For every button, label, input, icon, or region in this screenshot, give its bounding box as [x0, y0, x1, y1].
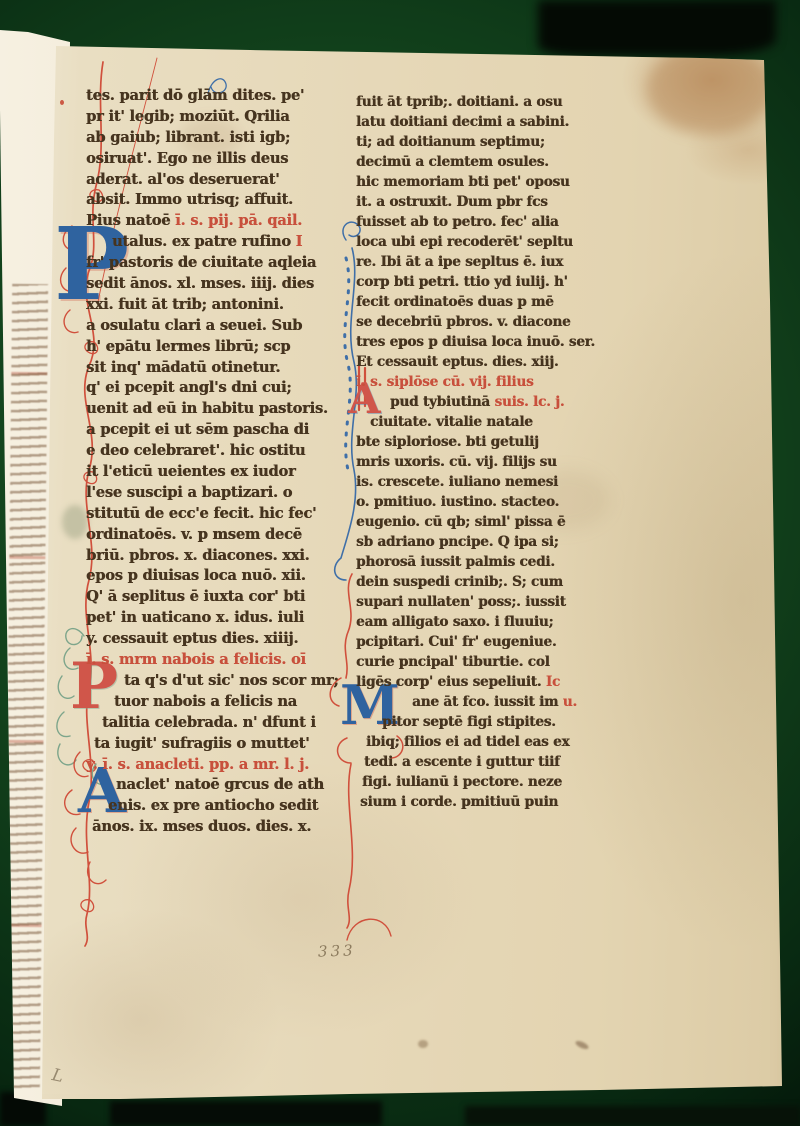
text-line: sedit ānos. xl. mses. iiij. dies — [86, 274, 338, 295]
body-text: y. cessauit eptus dies. xiiij. — [86, 630, 298, 647]
body-text: ane āt fco. iussit im — [412, 694, 563, 710]
body-text: ti; ad doitianum septimu; — [356, 134, 545, 150]
body-text: curie pncipal' tiburtie. col — [356, 654, 550, 670]
body-text: naclet' natoē grcus de ath — [116, 776, 324, 793]
body-text: is. crescete. iuliano nemesi — [356, 474, 558, 490]
rubric-text: suis. lc. j. — [494, 394, 564, 410]
body-text: corp bti petri. ttio yd iulij. h' — [356, 274, 568, 290]
text-line: pcipitari. Cui' fr' eugeniue. — [356, 632, 622, 652]
rubric-text: ī. s. siplōse cū. vij. filius — [356, 374, 533, 390]
rubric-text: y. ī. s. anacleti. pp. a mr. l. j. — [86, 756, 309, 773]
body-text: tres epos p diuisa loca inuō. ser. — [356, 334, 595, 350]
text-line: Q' ā seplitus ē iuxta cor' bti — [86, 587, 338, 608]
text-line: y. cessauit eptus dies. xiiij. — [86, 629, 338, 650]
text-line: a osulatu clari a seuei. Sub — [86, 316, 338, 337]
body-text: sit inq' mādatū otinetur. — [86, 359, 280, 376]
text-line: ti; ad doitianum septimu; — [356, 132, 622, 152]
rubric-text: Ic — [546, 674, 560, 690]
body-text: a osulatu clari a seuei. Sub — [86, 317, 302, 334]
body-text: tedi. a escente i guttur tiif — [364, 754, 560, 770]
rubric-text: I — [296, 233, 303, 250]
rubric-text: ī. s. pij. pā. qail. — [175, 212, 302, 229]
body-text: latu doitiani decimi a sabini. — [356, 114, 569, 130]
text-line: corp bti petri. ttio yd iulij. h' — [356, 272, 622, 292]
text-line: pitor septē figi stipites. — [356, 712, 622, 732]
text-line: talitia celebrada. n' dfunt i — [86, 713, 338, 734]
text-line: fr' pastoris de ciuitate aqleia — [86, 253, 338, 274]
body-text: fuit āt tprib;. doitiani. a osu — [356, 94, 562, 110]
body-text: epos p diuisas loca nuō. xii. — [86, 567, 306, 584]
text-line: naclet' natoē grcus de ath — [86, 775, 338, 796]
body-text: pr it' legib; moziūt. Qrilia — [86, 108, 289, 125]
body-text: briū. pbros. x. diacones. xxi. — [86, 547, 309, 564]
body-text: fecit ordinatoēs duas p mē — [356, 294, 554, 310]
body-text: sb adriano pncipe. Q ipa si; — [356, 534, 559, 550]
text-line: ānos. ix. mses duos. dies. x. — [86, 817, 338, 838]
text-line: ta q's d'ut sic' nos scor mr; — [86, 671, 338, 692]
red-arc-above-page-number — [347, 919, 391, 940]
body-text: ordinatoēs. v. p msem decē — [86, 526, 302, 543]
body-text: aderat. al'os deseruerat' — [86, 171, 279, 188]
intercolumn-blue-teeth — [345, 258, 351, 470]
text-line: ī. s. mrm nabois a felicis. oī — [86, 650, 338, 671]
body-text: ta q's d'ut sic' nos scor mr; — [124, 672, 339, 689]
body-text: ciuitate. vitalie natale — [370, 414, 533, 430]
body-text: osiruat'. Ego ne illis deus — [86, 150, 288, 167]
text-line: ab gaiub; librant. isti igb; — [86, 128, 338, 149]
text-line: e deo celebraret'. hic ostitu — [86, 441, 338, 462]
body-text: xxi. fuit āt trib; antonini. — [86, 296, 284, 313]
body-text: ānos. ix. mses duos. dies. x. — [92, 818, 311, 835]
body-text: Et cessauit eptus. dies. xiij. — [356, 354, 558, 370]
body-text: loca ubi epi recoderēt' sepltu — [356, 234, 573, 250]
body-text: pitor septē figi stipites. — [382, 714, 556, 730]
body-text: pet' in uaticano x. idus. iuli — [86, 609, 304, 626]
text-line: ibiq; filios ei ad tidel eas ex — [356, 732, 622, 752]
text-line: Et cessauit eptus. dies. xiij. — [356, 352, 622, 372]
body-text: tuor nabois a felicis na — [114, 693, 297, 710]
text-column-left: tes. parit dō glām dites. pe'pr it' legi… — [86, 86, 338, 838]
text-line: re. Ibi āt a ipe sepltus ē. iux — [356, 252, 622, 272]
text-line: supari nullaten' poss;. iussit — [356, 592, 622, 612]
text-line: pet' in uaticano x. idus. iuli — [86, 608, 338, 629]
text-line: q' ei pcepit angl's dni cui; — [86, 378, 338, 399]
body-text: ab gaiub; librant. isti igb; — [86, 129, 290, 146]
body-text: Q' ā seplitus ē iuxta cor' bti — [86, 588, 305, 605]
text-line: latu doitiani decimi a sabini. — [356, 112, 622, 132]
body-text: bte siploriose. bti getulij — [356, 434, 539, 450]
body-text: ta iugit' sufragiis o muttet' — [94, 735, 309, 752]
body-text: dein suspedi crinib;. S; cum — [356, 574, 563, 590]
body-text: talitia celebrada. n' dfunt i — [102, 714, 316, 731]
body-text: a pcepit ei ut sēm pascha di — [86, 421, 309, 438]
body-text: fr' pastoris de ciuitate aqleia — [86, 254, 316, 271]
text-line: hic memoriam bti pet' oposu — [356, 172, 622, 192]
text-line: decimū a clemtem osules. — [356, 152, 622, 172]
text-column-right: fuit āt tprib;. doitiani. a osulatu doit… — [356, 92, 622, 812]
text-line: epos p diuisas loca nuō. xii. — [86, 566, 338, 587]
text-line: fuit āt tprib;. doitiani. a osu — [356, 92, 622, 112]
text-line: dein suspedi crinib;. S; cum — [356, 572, 622, 592]
body-text: Pius natoē — [86, 212, 175, 229]
body-text: tes. parit dō glām dites. pe' — [86, 87, 304, 104]
body-text: hic memoriam bti pet' oposu — [356, 174, 570, 190]
text-line: ta iugit' sufragiis o muttet' — [86, 734, 338, 755]
backdrop-shadow-bottom-right — [465, 1106, 800, 1126]
text-line: enis. ex pre antiocho sedit — [86, 796, 338, 817]
manuscript-page: P P A A M tes. parit dō glām dites. pe'p… — [0, 0, 800, 1126]
text-line: tres epos p diuisa loca inuō. ser. — [356, 332, 622, 352]
page-number: 333 — [318, 941, 356, 960]
text-line: o. pmitiuo. iustino. stacteo. — [356, 492, 622, 512]
text-line: loca ubi epi recoderēt' sepltu — [356, 232, 622, 252]
text-line: it. a ostruxit. Dum pbr fcs — [356, 192, 622, 212]
bleed-through-text — [4, 284, 48, 1090]
backdrop-shadow-top-right — [538, 0, 776, 56]
text-line: mris uxoris. cū. vij. filijs su — [356, 452, 622, 472]
initial-m-red-flourish-upper — [345, 574, 352, 678]
body-text: fuisset ab to petro. fec' alia — [356, 214, 559, 230]
body-text: o. pmitiuo. iustino. stacteo. — [356, 494, 559, 510]
body-text: sium i corde. pmitiuū puin — [360, 794, 558, 810]
body-text: eam alligato saxo. i fluuiu; — [356, 614, 553, 630]
body-text: enis. ex pre antiocho sedit — [108, 797, 318, 814]
text-line: h' epātu lermes librū; scp — [86, 337, 338, 358]
text-line: it l'eticū ueientes ex iudor — [86, 462, 338, 483]
text-line: pud tybiutinā suis. lc. j. — [356, 392, 622, 412]
body-text: eugenio. cū qb; siml' pissa ē — [356, 514, 565, 530]
photo-backdrop: P P A A M tes. parit dō glām dites. pe'p… — [0, 0, 800, 1126]
body-text: phorosā iussit palmis cedi. — [356, 554, 555, 570]
text-line: Pius natoē ī. s. pij. pā. qail. — [86, 211, 338, 232]
body-text: h' epātu lermes librū; scp — [86, 338, 290, 355]
backdrop-shadow-bottom-center — [110, 1101, 382, 1126]
body-text: it l'eticū ueientes ex iudor — [86, 463, 295, 480]
text-line: utalus. ex patre rufino I — [86, 232, 338, 253]
text-line: sb adriano pncipe. Q ipa si; — [356, 532, 622, 552]
text-line: absit. Immo utrisq; affuit. — [86, 190, 338, 211]
body-text: figi. iulianū i pectore. neze — [362, 774, 562, 790]
text-line: eugenio. cū qb; siml' pissa ē — [356, 512, 622, 532]
text-line: ane āt fco. iussit im u. — [356, 692, 622, 712]
body-text: ibiq; filios ei ad tidel eas ex — [366, 734, 569, 750]
text-line: l'ese suscipi a baptizari. o — [86, 483, 338, 504]
body-text: l'ese suscipi a baptizari. o — [86, 484, 292, 501]
text-line: sium i corde. pmitiuū puin — [356, 792, 622, 812]
body-text: pud tybiutinā — [390, 394, 494, 410]
body-text: decimū a clemtem osules. — [356, 154, 549, 170]
body-text: stitutū de ecc'e fecit. hic fec' — [86, 505, 316, 522]
body-text: mris uxoris. cū. vij. filijs su — [356, 454, 557, 470]
text-line: osiruat'. Ego ne illis deus — [86, 149, 338, 170]
text-line: tuor nabois a felicis na — [86, 692, 338, 713]
text-line: sit inq' mādatū otinetur. — [86, 358, 338, 379]
body-text: ligēs corp' eius sepeliuit. — [356, 674, 546, 690]
body-text: re. Ibi āt a ipe sepltus ē. iux — [356, 254, 563, 270]
text-line: briū. pbros. x. diacones. xxi. — [86, 546, 338, 567]
body-text: se decebriū pbros. v. diacone — [356, 314, 570, 330]
text-line: y. ī. s. anacleti. pp. a mr. l. j. — [86, 755, 338, 776]
text-line: is. crescete. iuliano nemesi — [356, 472, 622, 492]
text-line: tes. parit dō glām dites. pe' — [86, 86, 338, 107]
text-line: bte siploriose. bti getulij — [356, 432, 622, 452]
text-line: eam alligato saxo. i fluuiu; — [356, 612, 622, 632]
text-line: a pcepit ei ut sēm pascha di — [86, 420, 338, 441]
text-line: se decebriū pbros. v. diacone — [356, 312, 622, 332]
text-line: figi. iulianū i pectore. neze — [356, 772, 622, 792]
text-line: curie pncipal' tiburtie. col — [356, 652, 622, 672]
text-line: phorosā iussit palmis cedi. — [356, 552, 622, 572]
red-ink-dot — [60, 100, 64, 105]
body-text: e deo celebraret'. hic ostitu — [86, 442, 305, 459]
body-text: q' ei pcepit angl's dni cui; — [86, 379, 291, 396]
body-text: absit. Immo utrisq; affuit. — [86, 191, 293, 208]
body-text: utalus. ex patre rufino — [112, 233, 296, 250]
rubric-text: u. — [563, 694, 577, 710]
initial-m-red-flourish-lower — [347, 764, 352, 928]
text-line: uenit ad eū in habitu pastoris. — [86, 399, 338, 420]
text-line: tedi. a escente i guttur tiif — [356, 752, 622, 772]
body-text: uenit ad eū in habitu pastoris. — [86, 400, 328, 417]
text-line: fecit ordinatoēs duas p mē — [356, 292, 622, 312]
text-line: ciuitate. vitalie natale — [356, 412, 622, 432]
rubric-text: ī. s. mrm nabois a felicis. oī — [86, 651, 306, 668]
body-text: pcipitari. Cui' fr' eugeniue. — [356, 634, 556, 650]
text-line: xxi. fuit āt trib; antonini. — [86, 295, 338, 316]
body-text: it. a ostruxit. Dum pbr fcs — [356, 194, 548, 210]
text-line: ordinatoēs. v. p msem decē — [86, 525, 338, 546]
text-line: pr it' legib; moziūt. Qrilia — [86, 107, 338, 128]
text-line: stitutū de ecc'e fecit. hic fec' — [86, 504, 338, 525]
text-line: ligēs corp' eius sepeliuit. Ic — [356, 672, 622, 692]
body-text: sedit ānos. xl. mses. iiij. dies — [86, 275, 314, 292]
text-line: fuisset ab to petro. fec' alia — [356, 212, 622, 232]
text-line: aderat. al'os deseruerat' — [86, 170, 338, 191]
text-line: ī. s. siplōse cū. vij. filius — [356, 372, 622, 392]
body-text: supari nullaten' poss;. iussit — [356, 594, 566, 610]
